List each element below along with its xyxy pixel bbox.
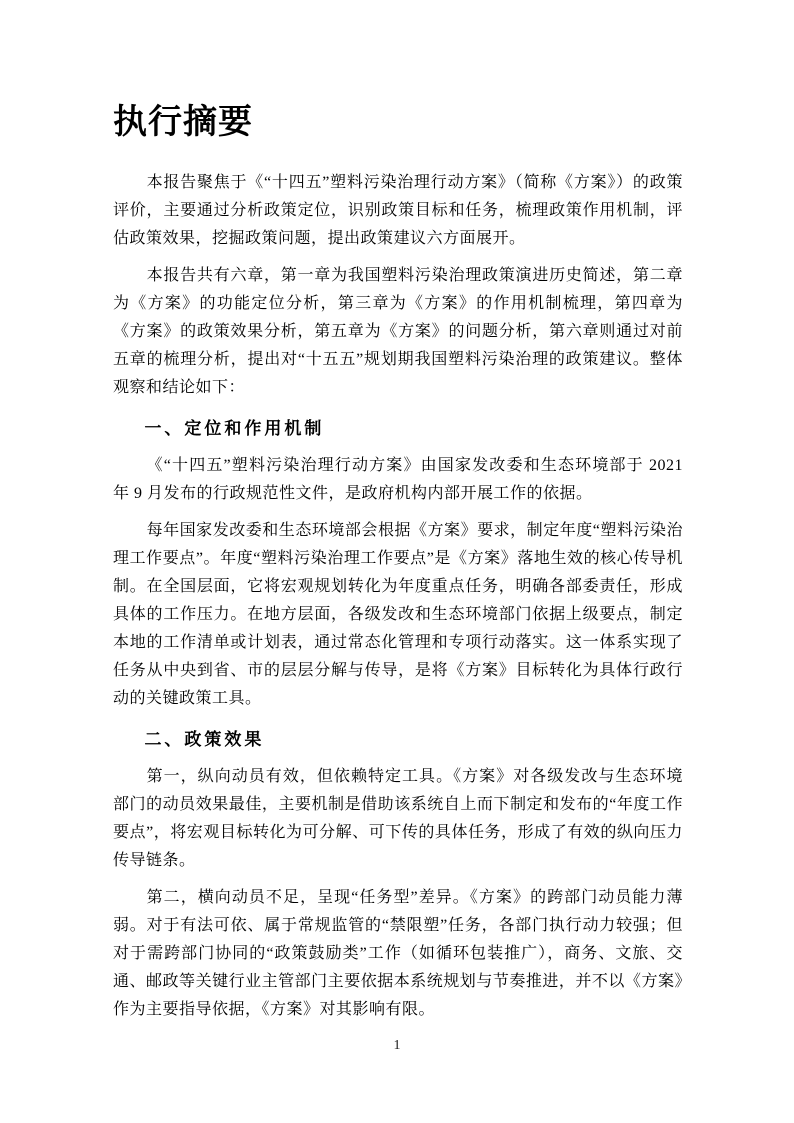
paragraph: 本报告聚焦于《“十四五”塑料污染治理行动方案》（简称《方案》）的政策评价，主要通… <box>113 169 683 253</box>
paragraph: 《“十四五”塑料污染治理行动方案》由国家发改委和生态环境部于 2021 年 9 … <box>113 452 683 508</box>
paragraph: 每年国家发改委和生态环境部会根据《方案》要求，制定年度“塑料污染治理工作要点”。… <box>113 517 683 713</box>
paragraph: 第二，横向动员不足，呈现“任务型”差异。《方案》的跨部门动员能力薄弱。对于有法可… <box>113 884 683 1024</box>
page-title: 执行摘要 <box>113 100 683 144</box>
document-body: 本报告聚焦于《“十四五”塑料污染治理行动方案》（简称《方案》）的政策评价，主要通… <box>113 169 683 1024</box>
section-heading-positioning-mechanism: 一、定位和作用机制 <box>113 415 683 443</box>
document-page: 执行摘要 本报告聚焦于《“十四五”塑料污染治理行动方案》（简称《方案》）的政策评… <box>0 0 794 1123</box>
paragraph: 第一，纵向动员有效，但依赖特定工具。《方案》对各级发改与生态环境部门的动员效果最… <box>113 763 683 875</box>
section-heading-policy-effects: 二、政策效果 <box>113 726 683 754</box>
paragraph: 本报告共有六章，第一章为我国塑料污染治理政策演进历史简述，第二章为《方案》的功能… <box>113 262 683 402</box>
page-number: 1 <box>0 1036 794 1056</box>
